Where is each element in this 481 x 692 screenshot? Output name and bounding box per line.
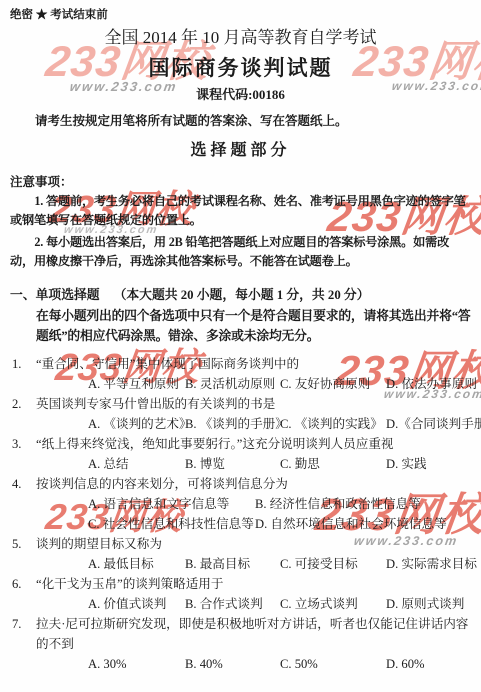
option-c: C. 可接受目标 — [280, 554, 386, 574]
question-stem: 5.谈判的期望目标又称为 — [10, 534, 471, 554]
part-score-note: （本大题共 20 小题，每小题 1 分，共 20 分） — [114, 288, 370, 302]
option-d: D. 原则式谈判 — [386, 594, 471, 614]
exam-session-title: 全国 2014 年 10 月高等教育自学考试 — [10, 26, 471, 49]
option-c: C. 《谈判的实践》 — [280, 414, 386, 434]
question-stem: 7.拉夫·尼可拉斯研究发现，即使是积极地听对方讲话，听者也仅能记住讲话内容的不到 — [10, 614, 471, 654]
option-d: D. 实际需求目标 — [386, 554, 477, 574]
part-heading: 一、单项选择题（本大题共 20 小题，每小题 1 分，共 20 分） — [10, 285, 471, 305]
question-number: 6. — [12, 574, 21, 594]
question-number: 4. — [12, 474, 21, 494]
question-stem: 6.“化干戈为玉帛”的谈判策略适用于 — [10, 574, 471, 594]
question: 3.“纸上得来终觉浅，绝知此事要躬行。”这充分说明谈判人员应重视 A. 总结 B… — [10, 434, 471, 474]
option-d: D. 60% — [386, 654, 471, 674]
option-a: A. 《谈判的艺术》 — [88, 414, 185, 434]
option-b: B. 经济性信息和政治性信息等 — [255, 494, 471, 514]
option-a: A. 30% — [88, 654, 185, 674]
document-content: 绝密 ★ 考试结束前 全国 2014 年 10 月高等教育自学考试 国际商务谈判… — [0, 0, 481, 674]
notes-title: 注意事项： — [10, 174, 471, 191]
question-options: A. 最低目标 B. 最高目标 C. 可接受目标 D. 实际需求目标 — [88, 554, 471, 574]
question-stem: 1.“重合同、守信用”集中体现了国际商务谈判中的 — [10, 354, 471, 374]
option-b: B. 博览 — [185, 454, 280, 474]
question-stem: 2.英国谈判专家马什曾出版的有关谈判的书是 — [10, 394, 471, 414]
answer-pen-instruction: 请考生按规定用笔将所有试题的答案涂、写在答题纸上。 — [10, 113, 471, 130]
question-stem-text: 按谈判信息的内容来划分，可将谈判信息分为 — [36, 477, 288, 491]
question: 1.“重合同、守信用”集中体现了国际商务谈判中的 A. 平等互利原则 B. 灵活… — [10, 354, 471, 394]
option-d: D. 自然环境信息和社会环境信息等 — [255, 514, 471, 534]
option-c: C. 立场式谈判 — [280, 594, 386, 614]
question-stem-text: “重合同、守信用”集中体现了国际商务谈判中的 — [36, 357, 299, 371]
option-d: D. 实践 — [386, 454, 471, 474]
option-b: B. 灵活机动原则 — [185, 374, 280, 394]
note-item: 1. 答题前，考生务必将自己的考试课程名称、姓名、准考证号用黑色字迹的签字笔或钢… — [10, 192, 471, 230]
question-number: 7. — [12, 614, 21, 634]
question-stem: 3.“纸上得来终觉浅，绝知此事要躬行。”这充分说明谈判人员应重视 — [10, 434, 471, 454]
option-b: B. 40% — [185, 654, 280, 674]
option-a: A. 价值式谈判 — [88, 594, 185, 614]
option-b: B. 《谈判的手册》 — [185, 414, 280, 434]
question-options: A. 语言信息和文字信息等 B. 经济性信息和政治性信息等 C. 社会性信息和科… — [88, 494, 471, 534]
question-options: A. 价值式谈判 B. 合作式谈判 C. 立场式谈判 D. 原则式谈判 — [88, 594, 471, 614]
option-a: A. 最低目标 — [88, 554, 185, 574]
question-stem: 4.按谈判信息的内容来划分，可将谈判信息分为 — [10, 474, 471, 494]
question-stem-text: 谈判的期望目标又称为 — [36, 537, 162, 551]
option-a: A. 总结 — [88, 454, 185, 474]
question-number: 3. — [12, 434, 21, 454]
question-options: A. 30% B. 40% C. 50% D. 60% — [88, 654, 471, 674]
question-stem-text: “纸上得来终觉浅，绝知此事要躬行。”这充分说明谈判人员应重视 — [36, 437, 394, 451]
note-item: 2. 每小题选出答案后，用 2B 铅笔把答题纸上对应题目的答案标号涂黑。如需改动… — [10, 233, 471, 271]
option-d: D. 依法办事原则 — [386, 374, 477, 394]
question-number: 1. — [12, 354, 21, 374]
question: 6.“化干戈为玉帛”的谈判策略适用于 A. 价值式谈判 B. 合作式谈判 C. … — [10, 574, 471, 614]
option-b: B. 最高目标 — [185, 554, 280, 574]
section-title: 选择题部分 — [10, 140, 471, 162]
option-c: C. 社会性信息和科技性信息等 — [88, 514, 255, 534]
classification-label: 绝密 ★ 考试结束前 — [10, 0, 471, 22]
question-list: 1.“重合同、守信用”集中体现了国际商务谈判中的 A. 平等互利原则 B. 灵活… — [10, 354, 471, 674]
question-options: A. 平等互利原则 B. 灵活机动原则 C. 友好协商原则 D. 依法办事原则 — [88, 374, 471, 394]
option-c: C. 勤思 — [280, 454, 386, 474]
question: 5.谈判的期望目标又称为 A. 最低目标 B. 最高目标 C. 可接受目标 D.… — [10, 534, 471, 574]
option-a: A. 平等互利原则 — [88, 374, 185, 394]
question: 2.英国谈判专家马什曾出版的有关谈判的书是 A. 《谈判的艺术》 B. 《谈判的… — [10, 394, 471, 434]
question-stem-text: 英国谈判专家马什曾出版的有关谈判的书是 — [36, 397, 275, 411]
question-stem-text: “化干戈为玉帛”的谈判策略适用于 — [36, 577, 224, 591]
option-b: B. 合作式谈判 — [185, 594, 280, 614]
question: 7.拉夫·尼可拉斯研究发现，即使是积极地听对方讲话，听者也仅能记住讲话内容的不到… — [10, 614, 471, 674]
part-instruction: 在每小题列出的四个备选项中只有一个是符合题目要求的，请将其选出并将“答题纸”的相… — [36, 306, 471, 346]
question-options: A. 总结 B. 博览 C. 勤思 D. 实践 — [88, 454, 471, 474]
course-code: 课程代码:00186 — [10, 86, 471, 103]
part-heading-label: 一、单项选择题 — [10, 288, 100, 302]
option-d: D.《合同谈判手册》 — [386, 414, 481, 434]
option-a: A. 语言信息和文字信息等 — [88, 494, 255, 514]
question-number: 2. — [12, 394, 21, 414]
question-options: A. 《谈判的艺术》 B. 《谈判的手册》 C. 《谈判的实践》 D.《合同谈判… — [88, 414, 471, 434]
paper-title: 国际商务谈判试题 — [10, 54, 471, 82]
question-number: 5. — [12, 534, 21, 554]
question-stem-text: 拉夫·尼可拉斯研究发现，即使是积极地听对方讲话，听者也仅能记住讲话内容的不到 — [36, 617, 468, 651]
option-c: C. 50% — [280, 654, 386, 674]
question: 4.按谈判信息的内容来划分，可将谈判信息分为 A. 语言信息和文字信息等 B. … — [10, 474, 471, 534]
option-c: C. 友好协商原则 — [280, 374, 386, 394]
exam-paper-page: 233网校 233网校 www.233.com www.233.com 233网… — [0, 0, 481, 692]
